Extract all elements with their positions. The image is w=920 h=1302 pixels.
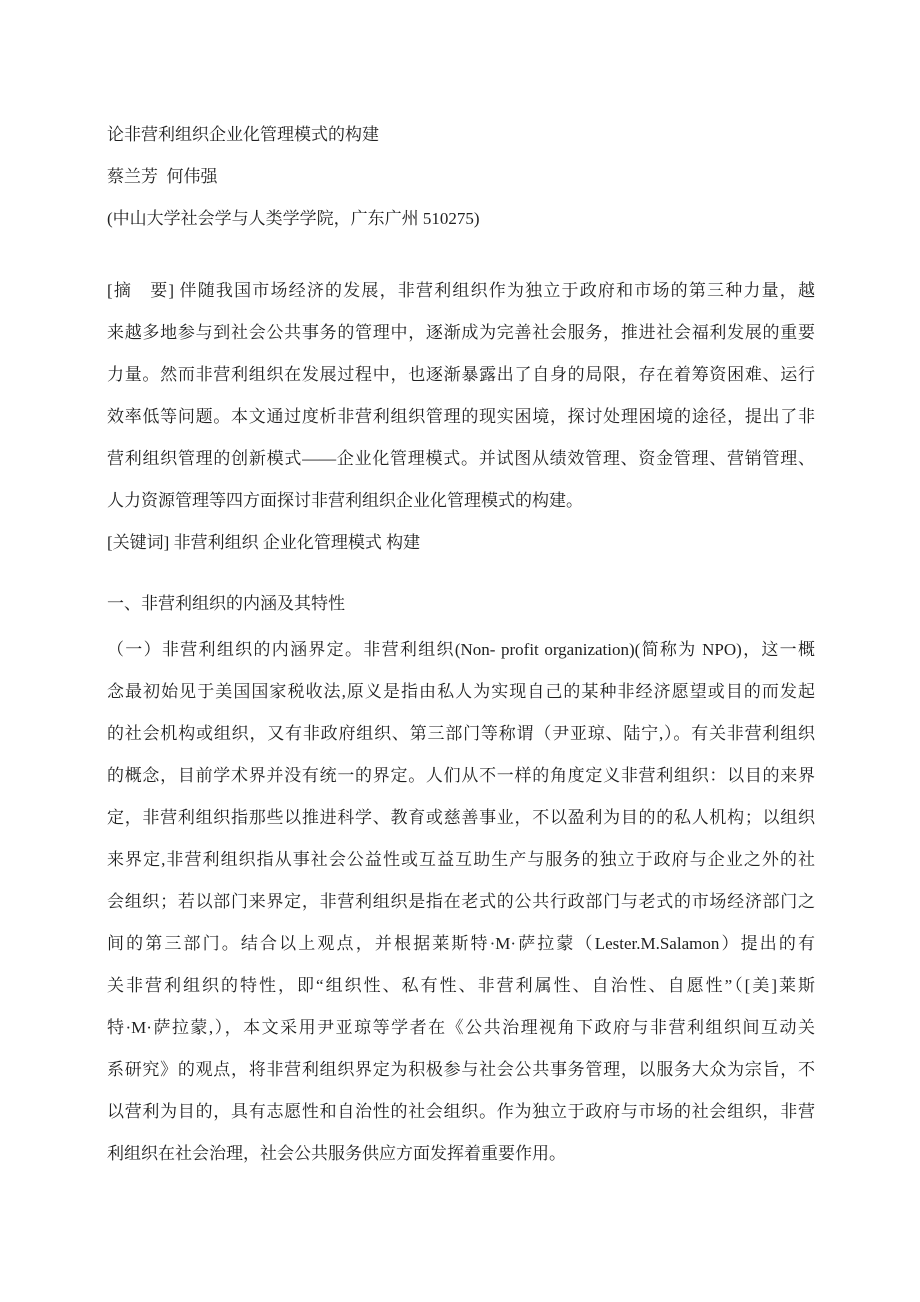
body-line: 的概念，目前学术界并没有统一的界定。人们从不一样的角度定义非营利组织：以目的来界 [107,755,815,797]
body-line: （一）非营利组织的内涵界定。非营利组织(Non- profit organiza… [107,629,815,671]
section-heading: 一、非营利组织的内涵及其特性 [107,583,815,625]
abstract-line: 效率低等问题。本文通过度析非营利组织管理的现实困境，探讨处理困境的途径，提出了非 [107,396,815,438]
body-line: 特·M·萨拉蒙,），本文采用尹亚琼等学者在《公共治理视角下政府与非营利组织间互动… [107,1007,815,1049]
document-page: 论非营利组织企业化管理模式的构建 蔡兰芳 何伟强 (中山大学社会学与人类学学院，… [107,114,815,1175]
authors-line: 蔡兰芳 何伟强 [107,156,815,198]
page-title: 论非营利组织企业化管理模式的构建 [107,114,815,156]
abstract-line: 来越多地参与到社会公共事务的管理中，逐渐成为完善社会服务，推进社会福利发展的重要 [107,312,815,354]
abstract-line: [摘 要] 伴随我国市场经济的发展，非营利组织作为独立于政府和市场的第三种力量，… [107,270,815,312]
body-line: 的社会机构或组织，又有非政府组织、第三部门等称谓（尹亚琼、陆宁,）。有关非营利组… [107,713,815,755]
abstract-line: 力量。然而非营利组织在发展过程中，也逐渐暴露出了自身的局限，存在着筹资困难、运行 [107,354,815,396]
body-line: 系研究》的观点，将非营利组织界定为积极参与社会公共事务管理，以服务大众为宗旨，不 [107,1049,815,1091]
abstract-line: 营利组织管理的创新模式——企业化管理模式。并试图从绩效管理、资金管理、营销管理、 [107,438,815,480]
body-line: 利组织在社会治理，社会公共服务供应方面发挥着重要作用。 [107,1133,815,1175]
body-line: 来界定,非营利组织指从事社会公益性或互益互助生产与服务的独立于政府与企业之外的社 [107,839,815,881]
blank-space [107,564,815,583]
body-line: 念最初始见于美国国家税收法,原义是指由私人为实现自己的某种非经济愿望或目的而发起 [107,671,815,713]
body-line: 会组织；若以部门来界定，非营利组织是指在老式的公共行政部门与老式的市场经济部门之 [107,881,815,923]
body-line: 间的第三部门。结合以上观点，并根据莱斯特·M·萨拉蒙（Lester.M.Sala… [107,923,815,965]
affiliation-line: (中山大学社会学与人类学学院，广东广州 510275) [107,198,815,240]
body-line: 定，非营利组织指那些以推进科学、教育或慈善事业，不以盈利为目的的私人机构；以组织 [107,797,815,839]
abstract-line: 人力资源管理等四方面探讨非营利组织企业化管理模式的构建。 [107,480,815,522]
blank-space [107,240,815,270]
body-line: 关非营利组织的特性，即“组织性、私有性、非营利属性、自治性、自愿性”（[美]莱斯 [107,965,815,1007]
keywords-line: [关键词] 非营利组织 企业化管理模式 构建 [107,522,815,564]
body-line: 以营利为目的，具有志愿性和自治性的社会组织。作为独立于政府与市场的社会组织，非营 [107,1091,815,1133]
